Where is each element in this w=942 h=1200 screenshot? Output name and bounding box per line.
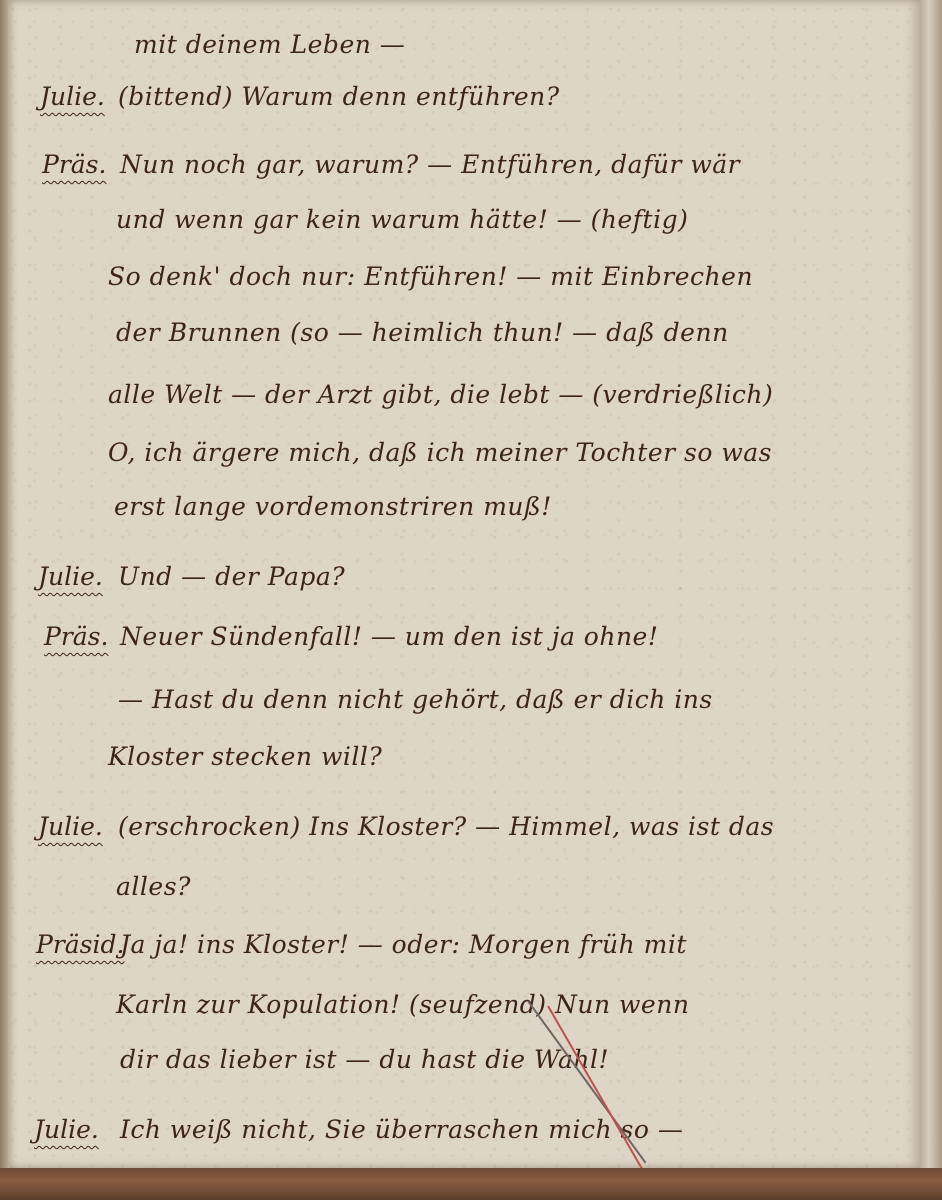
speaker-julie: Julie. [40,82,105,111]
line-9-text: erst lange vordemonstriren muß! [114,492,552,521]
line-1-text: mit deinem Leben — [134,30,405,59]
speaker-julie: Julie. [38,562,103,591]
line-14-text: (erschrocken) Ins Kloster? — Himmel, was… [118,812,774,841]
line-3-text: Nun noch gar, warum? — Entführen, dafür … [120,150,740,179]
speaker-praes: Präs. [42,150,106,179]
line-6-text: der Brunnen (so — heimlich thun! — daß d… [116,318,729,347]
line-7-text: alle Welt — der Arzt gibt, die lebt — (v… [108,380,773,409]
book-cover-edge [0,1168,942,1200]
red-strike-mark [547,1006,656,1193]
line-12-text: — Hast du denn nicht gehört, daß er dich… [118,685,713,714]
speaker-praes: Präs. [44,622,108,651]
line-18-text: dir das lieber ist — du hast die Wahl! [120,1045,609,1074]
line-19-text: Ich weiß nicht, Sie überraschen mich so … [120,1115,683,1144]
speaker-praesid: Präsid. [36,930,124,959]
line-11-text: Neuer Sündenfall! — um den ist ja ohne! [120,622,658,651]
line-10-text: Und — der Papa? [118,562,345,591]
line-4-text: und wenn gar kein warum hätte! — (heftig… [116,205,688,234]
manuscript-page: mit deinem Leben — Julie. (bittend) Waru… [8,0,920,1168]
speaker-julie: Julie. [34,1115,99,1144]
line-13-text: Kloster stecken will? [108,742,382,771]
line-8-text: O, ich ärgere mich, daß ich meiner Tocht… [108,438,772,467]
line-2-text: (bittend) Warum denn entführen? [118,82,560,111]
line-16-text: Ja ja! ins Kloster! — oder: Morgen früh … [120,930,687,959]
page-edge [920,0,942,1200]
line-15-text: alles? [116,872,191,901]
speaker-julie: Julie. [38,812,103,841]
line-5-text: So denk' doch nur: Entführen! — mit Einb… [108,262,753,291]
line-17-text: Karln zur Kopulation! (seufzend) Nun wen… [116,990,689,1019]
